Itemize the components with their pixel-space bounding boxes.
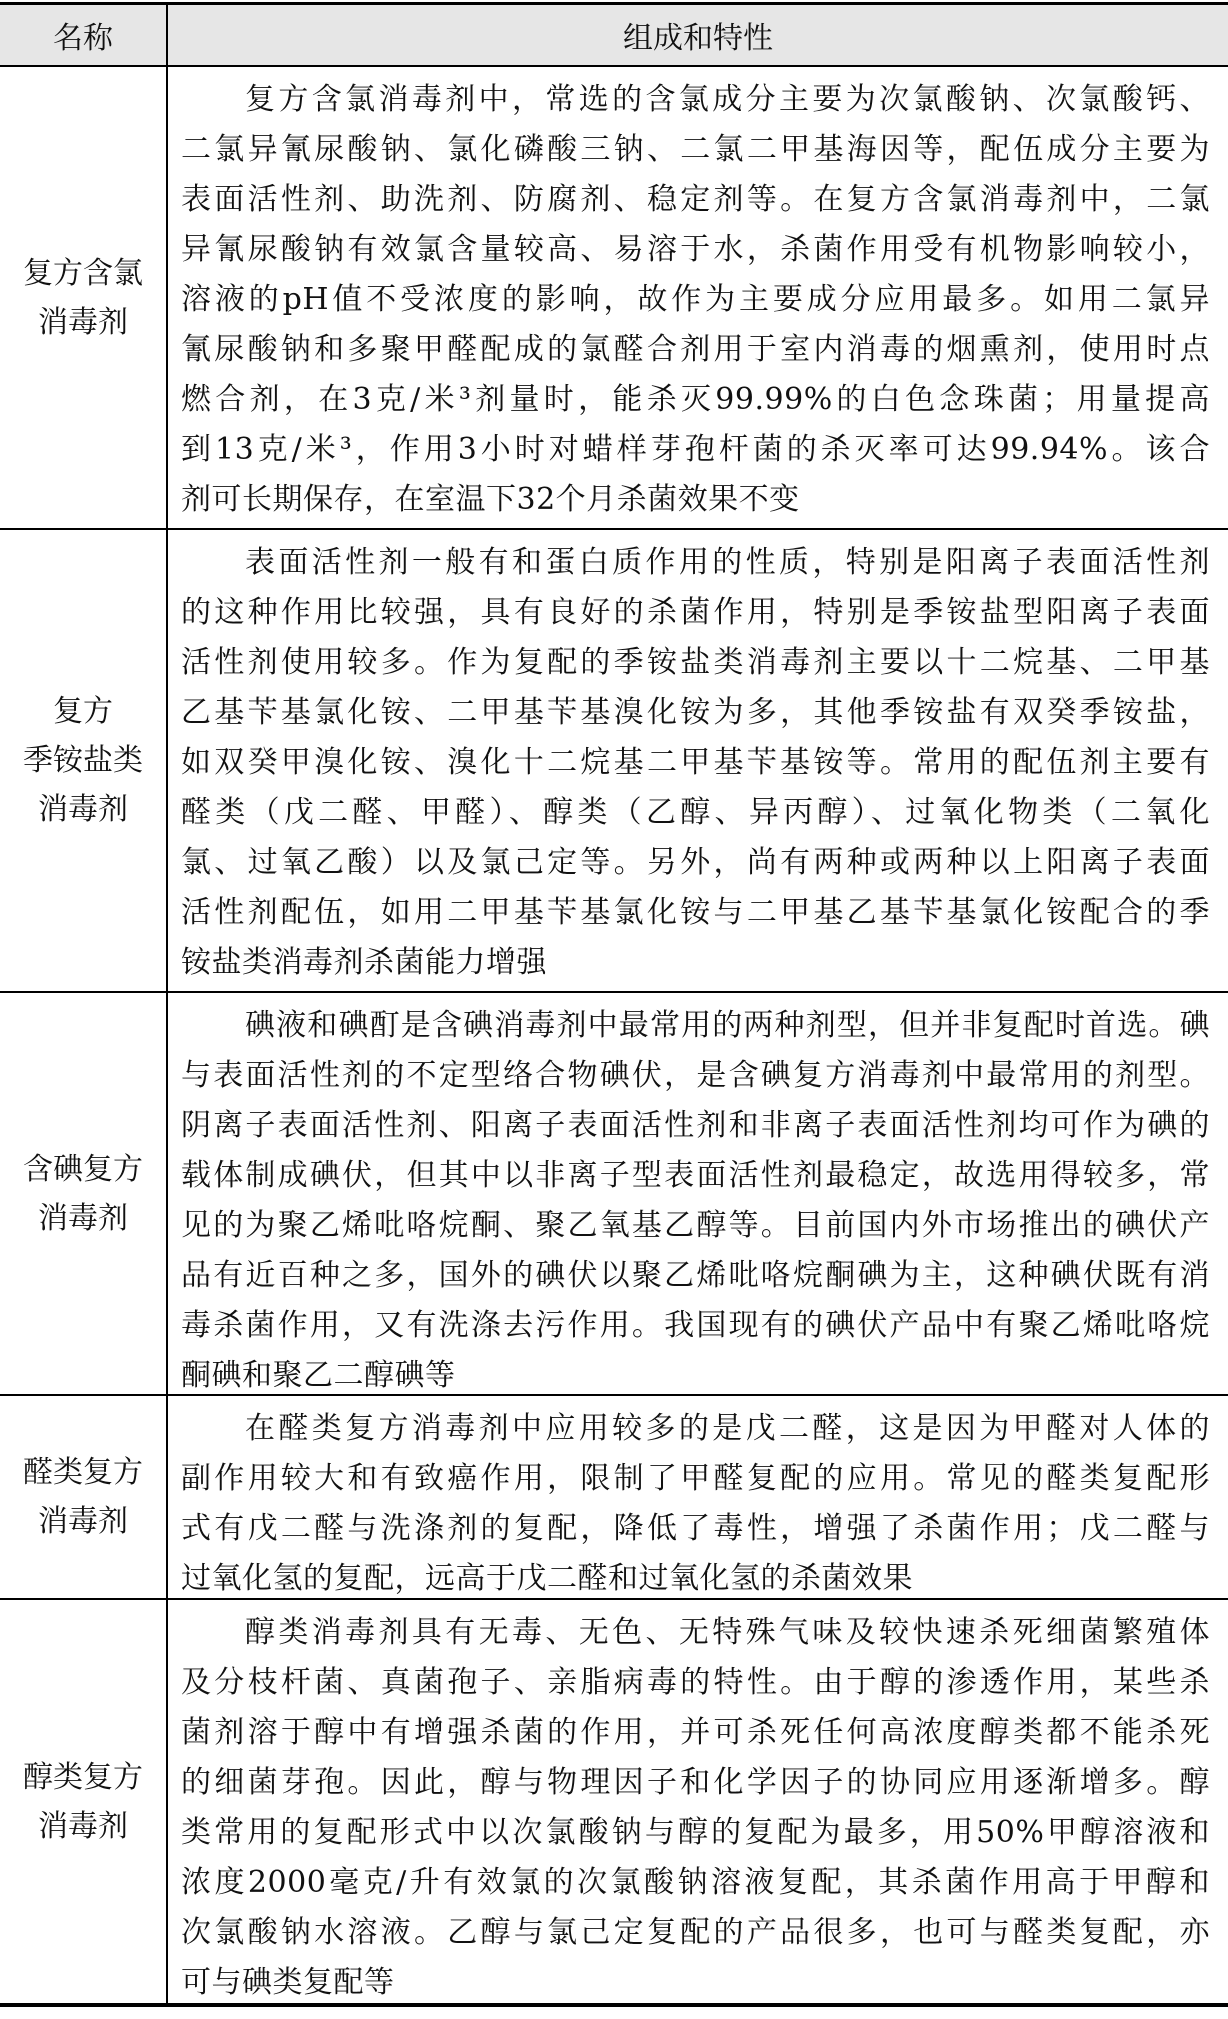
text-line: 活性剂使用较多。作为复配的季铵盐类消毒剂主要以十二烷基、二甲基 bbox=[181, 638, 1210, 688]
text-line: 酮碘和聚乙二醇碘等 bbox=[181, 1351, 1210, 1401]
text-line: 与表面活性剂的不定型络合物碘伏，是含碘复方消毒剂中最常用的剂型。 bbox=[181, 1051, 1210, 1101]
text-line: 在醛类复方消毒剂中应用较多的是戊二醛，这是因为甲醛对人体的 bbox=[181, 1404, 1210, 1454]
text-line: 次氯酸钠水溶液。乙醇与氯己定复配的产品很多，也可与醛类复配，亦 bbox=[181, 1908, 1210, 1958]
text-line: 载体制成碘伏，但其中以非离子型表面活性剂最稳定，故选用得较多，常 bbox=[181, 1151, 1210, 1201]
text-line: 铵盐类消毒剂杀菌能力增强 bbox=[181, 938, 1210, 988]
text-line: 如双癸甲溴化铵、溴化十二烷基二甲基苄基铵等。常用的配伍剂主要有 bbox=[181, 738, 1210, 788]
table-row: 醇类复方消毒剂醇类消毒剂具有无毒、无色、无特殊气味及较快速杀死细菌繁殖体及分枝杆… bbox=[0, 1600, 1228, 2003]
text-line: 活性剂配伍，如用二甲基苄基氯化铵与二甲基乙基苄基氯化铵配合的季 bbox=[181, 888, 1210, 938]
text-line: 及分枝杆菌、真菌孢子、亲脂病毒的特性。由于醇的渗透作用，某些杀 bbox=[181, 1658, 1210, 1708]
name-line: 季铵盐类 bbox=[23, 736, 143, 785]
text-line: 菌剂溶于醇中有增强杀菌的作用，并可杀死任何高浓度醇类都不能杀死 bbox=[181, 1708, 1210, 1758]
text-line: 浓度2000毫克/升有效氯的次氯酸钠溶液复配，其杀菌作用高于甲醇和 bbox=[181, 1858, 1210, 1908]
text-line: 类常用的复配形式中以次氯酸钠与醇的复配为最多，用50%甲醇溶液和 bbox=[181, 1808, 1210, 1858]
disinfectant-table: 名称 组成和特性 复方含氯消毒剂复方含氯消毒剂中，常选的含氯成分主要为次氯酸钠、… bbox=[0, 2, 1228, 2007]
table-header-row: 名称 组成和特性 bbox=[0, 5, 1228, 67]
name-line: 消毒剂 bbox=[38, 785, 128, 834]
text-line: 的这种作用比较强，具有良好的杀菌作用，特别是季铵盐型阳离子表面 bbox=[181, 588, 1210, 638]
text-line: 式有戊二醛与洗涤剂的复配，降低了毒性，增强了杀菌作用；戊二醛与 bbox=[181, 1504, 1210, 1554]
text-line: 品有近百种之多，国外的碘伏以聚乙烯吡咯烷酮碘为主，这种碘伏既有消 bbox=[181, 1251, 1210, 1301]
disinfectant-name: 复方季铵盐类消毒剂 bbox=[0, 530, 168, 991]
text-line: 表面活性剂一般有和蛋白质作用的性质，特别是阳离子表面活性剂 bbox=[181, 538, 1210, 588]
text-line: 氯、过氧乙酸）以及氯己定等。另外，尚有两种或两种以上阳离子表面 bbox=[181, 838, 1210, 888]
name-line: 复方含氯 bbox=[23, 249, 143, 298]
text-line: 可与碘类复配等 bbox=[181, 1958, 1210, 2008]
disinfectant-name: 含碘复方消毒剂 bbox=[0, 993, 168, 1394]
table-row: 复方季铵盐类消毒剂表面活性剂一般有和蛋白质作用的性质，特别是阳离子表面活性剂的这… bbox=[0, 530, 1228, 993]
text-line: 氰尿酸钠和多聚甲醛配成的氯醛合剂用于室内消毒的烟熏剂，使用时点 bbox=[181, 325, 1210, 375]
text-line: 复方含氯消毒剂中，常选的含氯成分主要为次氯酸钠、次氯酸钙、 bbox=[181, 75, 1210, 125]
text-line: 的细菌芽孢。因此，醇与物理因子和化学因子的协同应用逐渐增多。醇 bbox=[181, 1758, 1210, 1808]
disinfectant-name: 醛类复方消毒剂 bbox=[0, 1396, 168, 1598]
composition-text: 表面活性剂一般有和蛋白质作用的性质，特别是阳离子表面活性剂的这种作用比较强，具有… bbox=[168, 530, 1228, 991]
text-line: 醇类消毒剂具有无毒、无色、无特殊气味及较快速杀死细菌繁殖体 bbox=[181, 1608, 1210, 1658]
text-line: 过氧化氢的复配，远高于戊二醛和过氧化氢的杀菌效果 bbox=[181, 1554, 1210, 1604]
text-line: 燃合剂，在3克/米³剂量时，能杀灭99.99%的白色念珠菌；用量提高 bbox=[181, 375, 1210, 425]
text-line: 醛类（戊二醛、甲醛）、醇类（乙醇、异丙醇）、过氧化物类（二氧化 bbox=[181, 788, 1210, 838]
composition-text: 复方含氯消毒剂中，常选的含氯成分主要为次氯酸钠、次氯酸钙、二氯异氰尿酸钠、氯化磷… bbox=[168, 67, 1228, 528]
name-line: 消毒剂 bbox=[38, 298, 128, 347]
text-line: 溶液的pH值不受浓度的影响，故作为主要成分应用最多。如用二氯异 bbox=[181, 275, 1210, 325]
header-composition: 组成和特性 bbox=[168, 5, 1228, 65]
name-line: 消毒剂 bbox=[38, 1194, 128, 1243]
composition-text: 在醛类复方消毒剂中应用较多的是戊二醛，这是因为甲醛对人体的副作用较大和有致癌作用… bbox=[168, 1396, 1228, 1598]
composition-text: 碘液和碘酊是含碘消毒剂中最常用的两种剂型，但并非复配时首选。碘与表面活性剂的不定… bbox=[168, 993, 1228, 1394]
text-line: 副作用较大和有致癌作用，限制了甲醛复配的应用。常见的醛类复配形 bbox=[181, 1454, 1210, 1504]
name-line: 含碘复方 bbox=[23, 1145, 143, 1194]
disinfectant-name: 复方含氯消毒剂 bbox=[0, 67, 168, 528]
name-line: 消毒剂 bbox=[38, 1497, 128, 1546]
header-name: 名称 bbox=[0, 5, 168, 65]
table-row: 含碘复方消毒剂碘液和碘酊是含碘消毒剂中最常用的两种剂型，但并非复配时首选。碘与表… bbox=[0, 993, 1228, 1396]
text-line: 剂可长期保存，在室温下32个月杀菌效果不变 bbox=[181, 475, 1210, 525]
table-row: 醛类复方消毒剂在醛类复方消毒剂中应用较多的是戊二醛，这是因为甲醛对人体的副作用较… bbox=[0, 1396, 1228, 1600]
name-line: 复方 bbox=[53, 687, 113, 736]
text-line: 二氯异氰尿酸钠、氯化磷酸三钠、二氯二甲基海因等，配伍成分主要为 bbox=[181, 125, 1210, 175]
text-line: 碘液和碘酊是含碘消毒剂中最常用的两种剂型，但并非复配时首选。碘 bbox=[181, 1001, 1210, 1051]
text-line: 表面活性剂、助洗剂、防腐剂、稳定剂等。在复方含氯消毒剂中，二氯 bbox=[181, 175, 1210, 225]
text-line: 阴离子表面活性剂、阳离子表面活性剂和非离子表面活性剂均可作为碘的 bbox=[181, 1101, 1210, 1151]
name-line: 消毒剂 bbox=[38, 1802, 128, 1851]
text-line: 见的为聚乙烯吡咯烷酮、聚乙氧基乙醇等。目前国内外市场推出的碘伏产 bbox=[181, 1201, 1210, 1251]
text-line: 异氰尿酸钠有效氯含量较高、易溶于水，杀菌作用受有机物影响较小， bbox=[181, 225, 1210, 275]
name-line: 醇类复方 bbox=[23, 1753, 143, 1802]
disinfectant-name: 醇类复方消毒剂 bbox=[0, 1600, 168, 2003]
text-line: 毒杀菌作用，又有洗涤去污作用。我国现有的碘伏产品中有聚乙烯吡咯烷 bbox=[181, 1301, 1210, 1351]
text-line: 到13克/米³，作用3小时对蜡样芽孢杆菌的杀灭率可达99.94%。该合 bbox=[181, 425, 1210, 475]
name-line: 醛类复方 bbox=[23, 1448, 143, 1497]
table-row: 复方含氯消毒剂复方含氯消毒剂中，常选的含氯成分主要为次氯酸钠、次氯酸钙、二氯异氰… bbox=[0, 67, 1228, 530]
composition-text: 醇类消毒剂具有无毒、无色、无特殊气味及较快速杀死细菌繁殖体及分枝杆菌、真菌孢子、… bbox=[168, 1600, 1228, 2003]
text-line: 乙基苄基氯化铵、二甲基苄基溴化铵为多，其他季铵盐有双癸季铵盐， bbox=[181, 688, 1210, 738]
